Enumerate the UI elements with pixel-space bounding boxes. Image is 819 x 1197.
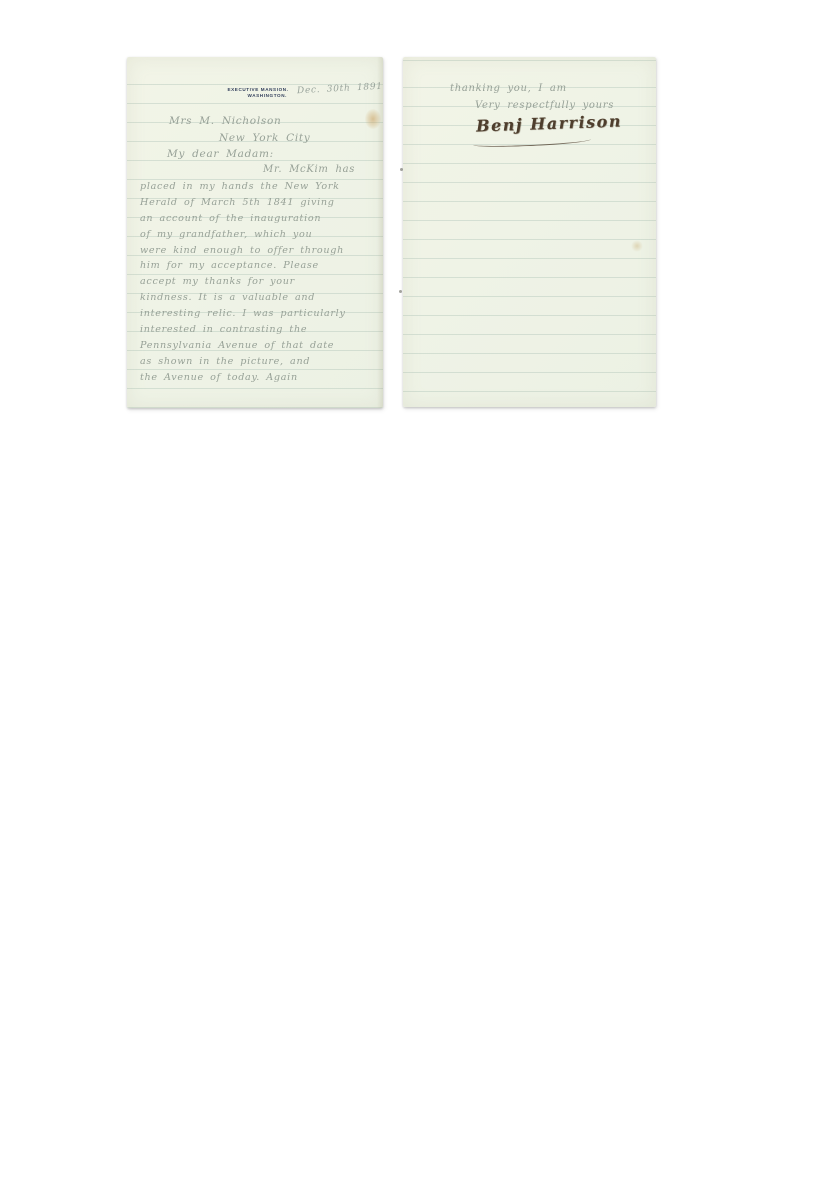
body-line: him for my acceptance. Please — [140, 258, 376, 274]
body-line: Pennsylvania Avenue of that date — [140, 338, 376, 354]
body-line: an account of the inauguration — [140, 211, 376, 227]
foxing-stain — [365, 109, 381, 129]
photo-background: EXECUTIVE MANSION. WASHINGTON. Dec. 30th… — [0, 0, 819, 1197]
body-line: as shown in the picture, and — [140, 354, 376, 370]
paper-speck — [399, 290, 402, 293]
body-opening-line: Mr. McKim has — [263, 164, 355, 175]
handwritten-date: Dec. 30th 1891 — [297, 82, 383, 96]
closing-line-2: Very respectfully yours — [475, 100, 614, 111]
closing-line-1: thanking you, I am — [450, 83, 567, 94]
body-line: placed in my hands the New York — [140, 179, 376, 195]
recipient-name: Mrs M. Nicholson — [169, 115, 281, 127]
salutation: My dear Madam: — [167, 148, 274, 160]
letter-page-1: EXECUTIVE MANSION. WASHINGTON. Dec. 30th… — [127, 57, 383, 408]
body-line: interesting relic. I was particularly — [140, 306, 376, 322]
letterhead: EXECUTIVE MANSION. WASHINGTON. — [223, 87, 293, 99]
letterhead-line2: WASHINGTON. — [223, 93, 293, 99]
paper-speck — [400, 168, 403, 171]
recipient-city: New York City — [219, 132, 310, 144]
page-edge-shadow — [377, 57, 383, 408]
body-line: the Avenue of today. Again — [140, 370, 376, 386]
body-line: were kind enough to offer through — [140, 243, 376, 259]
body-line: interested in contrasting the — [140, 322, 376, 338]
letterhead-line1: EXECUTIVE MANSION. — [227, 87, 288, 92]
foxing-stain — [631, 240, 643, 252]
letter-page-2: thanking you, I am Very respectfully you… — [403, 57, 656, 407]
body-line: kindness. It is a valuable and — [140, 290, 376, 306]
body-line: of my grandfather, which you — [140, 227, 376, 243]
letter-body: placed in my hands the New York Herald o… — [140, 179, 376, 386]
signature: Benj Harrison — [476, 111, 623, 135]
body-line: accept my thanks for your — [140, 274, 376, 290]
signature-flourish — [473, 136, 591, 148]
body-line: Herald of March 5th 1841 giving — [140, 195, 376, 211]
